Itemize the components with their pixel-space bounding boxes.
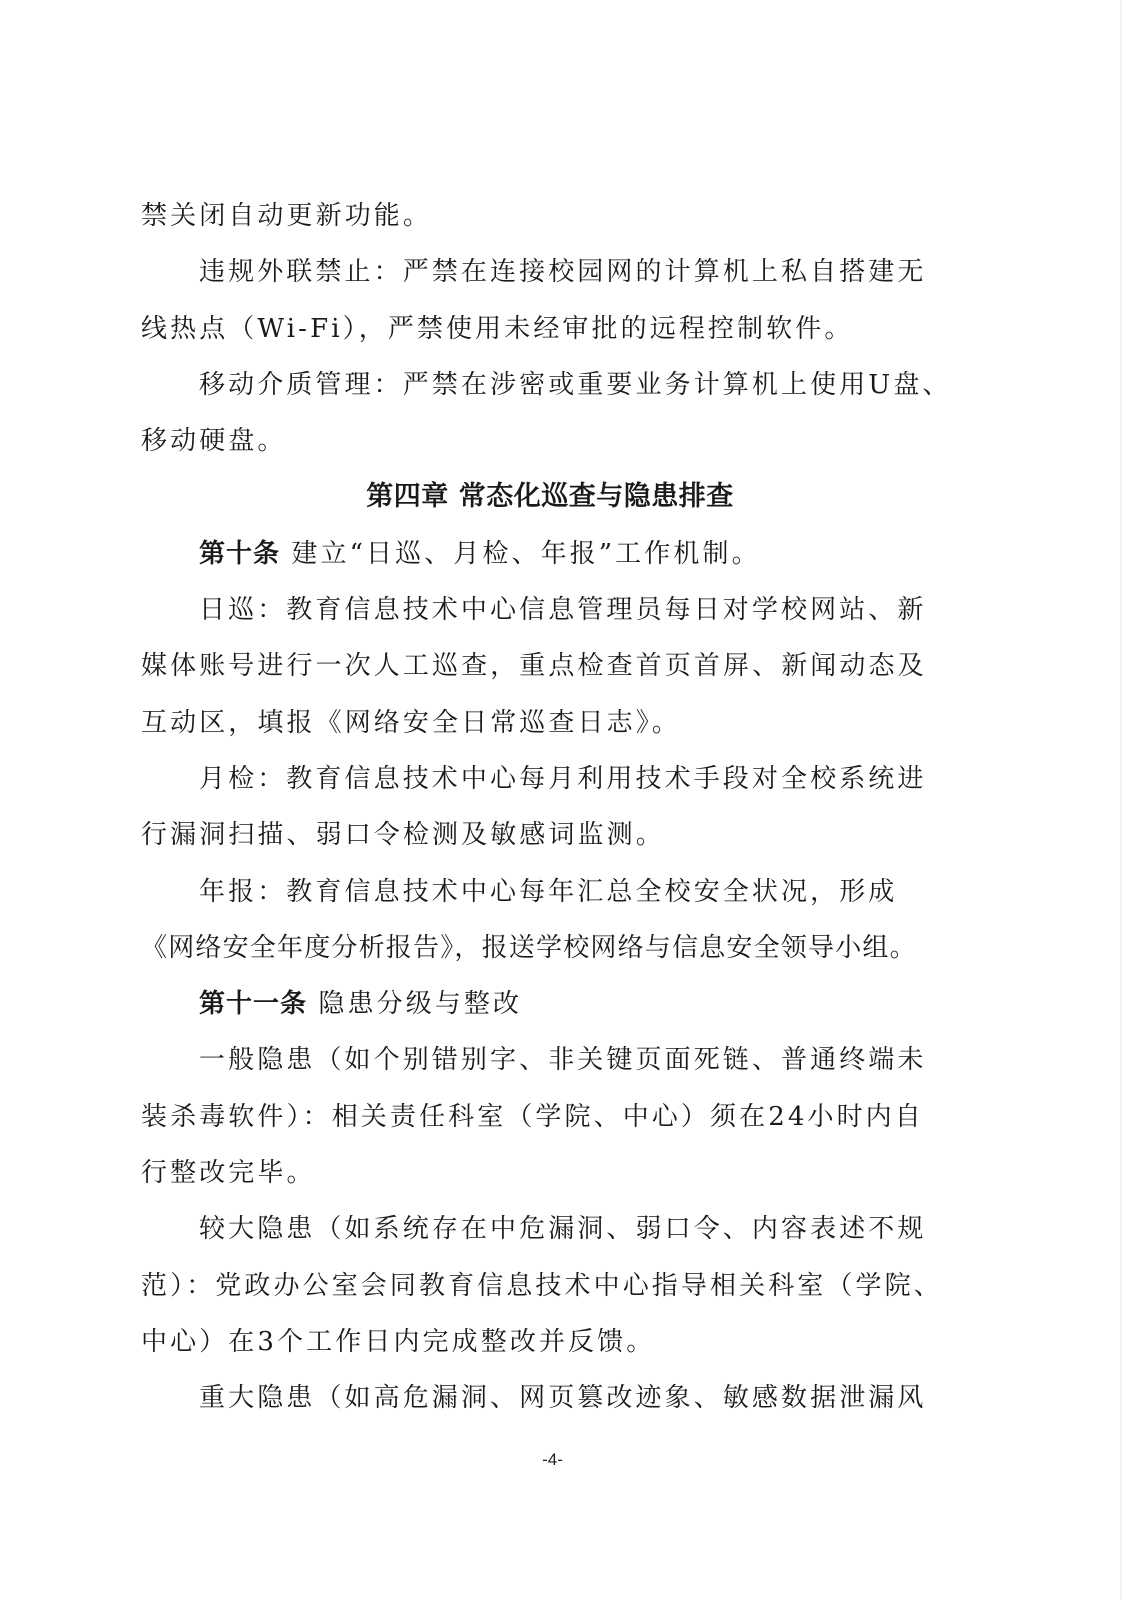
article-label: 第十一条 [199,989,307,1019]
paragraph-line: 重大隐患（如高危漏洞、网页篡改迹象、敏感数据泄漏风 [141,1370,959,1426]
paragraph-line: 年报：教育信息技术中心每年汇总全校安全状况，形成 [141,864,959,920]
paragraph-line: 《网络安全年度分析报告》，报送学校网络与信息安全领导小组。 [141,920,959,976]
paragraph-line: 装杀毒软件）：相关责任科室（学院、中心）须在24小时内自 [141,1089,959,1145]
paragraph-line: 行整改完毕。 [141,1145,959,1201]
article-heading: 第十条 建立“日巡、月检、年报”工作机制。 [141,526,959,582]
paragraph-line: 违规外联禁止：严禁在连接校园网的计算机上私自搭建无 [141,244,959,300]
paragraph-line: 月检：教育信息技术中心每月利用技术手段对全校系统进 [141,751,959,807]
paragraph-line: 线热点（Wi-Fi），严禁使用未经审批的远程控制软件。 [141,301,959,357]
paragraph-line: 范）：党政办公室会同教育信息技术中心指导相关科室（学院、 [141,1258,959,1314]
chapter-heading: 第四章 常态化巡查与隐患排查 [141,469,959,525]
article-title: 隐患分级与整改 [318,989,522,1019]
page-edge-shadow [1120,0,1122,1600]
article-title: 建立“日巡、月检、年报”工作机制。 [291,539,760,569]
paragraph-line: 日巡：教育信息技术中心信息管理员每日对学校网站、新 [141,582,959,638]
paragraph-line: 行漏洞扫描、弱口令检测及敏感词监测。 [141,807,959,863]
paragraph-line: 中心）在3个工作日内完成整改并反馈。 [141,1314,959,1370]
paragraph-line: 移动硬盘。 [141,413,959,469]
paragraph-line: 较大隐患（如系统存在中危漏洞、弱口令、内容表述不规 [141,1201,959,1257]
paragraph-line: 一般隐患（如个别错别字、非关键页面死链、普通终端未 [141,1032,959,1088]
document-body: 禁关闭自动更新功能。 违规外联禁止：严禁在连接校园网的计算机上私自搭建无 线热点… [141,188,959,1427]
document-page: 禁关闭自动更新功能。 违规外联禁止：严禁在连接校园网的计算机上私自搭建无 线热点… [0,0,1130,1600]
article-label: 第十条 [199,539,280,569]
paragraph-line: 禁关闭自动更新功能。 [141,188,959,244]
paragraph-line: 互动区，填报《网络安全日常巡查日志》。 [141,695,959,751]
paragraph-line: 移动介质管理：严禁在涉密或重要业务计算机上使用U盘、 [141,357,959,413]
article-heading: 第十一条 隐患分级与整改 [141,976,959,1032]
page-number: -4- [0,1450,1105,1470]
paragraph-line: 媒体账号进行一次人工巡查，重点检查首页首屏、新闻动态及 [141,638,959,694]
